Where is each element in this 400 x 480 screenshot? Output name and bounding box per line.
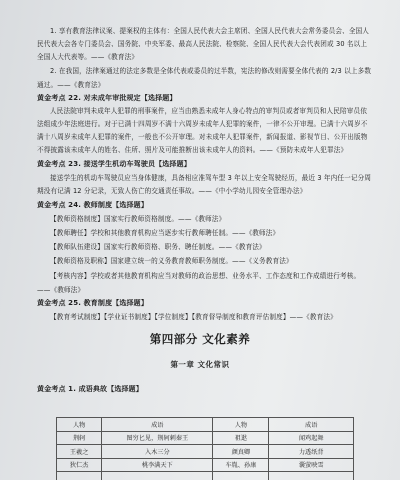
section-heading-1: 黄金考点 1. 成语典故【选择题】 [37, 385, 372, 394]
table-cell: 入木三分 [102, 445, 213, 459]
paragraph-line: 【考核内容】学校或者其他教育机构应当对教师的政治思想、业务水平、工作态度和工作成… [50, 272, 372, 281]
paragraph-line: 通过。——《教育法》 [37, 81, 372, 90]
table-cell: 狄仁杰 [57, 458, 102, 472]
table-cell: 车胤、孙康 [213, 458, 269, 472]
section-heading-22: 黄金考点 22. 对未成年审批规定【选择题】 [37, 94, 372, 103]
paragraph-line: 满十八周岁未成年人犯罪的案件，一般也不公开审理。对未成年人犯罪案件，新闻报道、影… [37, 133, 372, 142]
table-cell: 闻鸡起舞 [269, 431, 354, 445]
column-header: 成语 [102, 418, 213, 432]
paragraph-line: 【教师资格及职称】国家建立统一的义务教育教师职务制度。——《义务教育法》 [50, 257, 372, 266]
table-cell: 图穷匕见，荆轲刺秦王 [102, 431, 213, 445]
paragraph-line: 人民法院审判未成年人犯罪的刑事案件，应当由熟悉未成年人身心特点的审判员或者审判员… [50, 107, 372, 116]
paragraph-line: 2. 在我国，法律案通过的法定多数是全体代表或委员的过半数，宪法的修改则需要全体… [50, 67, 372, 76]
table-cell: 桃李满天下 [102, 458, 213, 472]
table-cell: 祖逖 [213, 431, 269, 445]
table-cell: 囊萤映雪 [269, 458, 354, 472]
section-heading-24: 黄金考点 24. 教师制度【选择题】 [37, 201, 372, 210]
table-row: 王羲之 入木三分 颜真卿 力透纸背 [57, 445, 354, 459]
paragraph-line: 接送学生的机动车驾驶员应当身体健康，具备相应准驾车型 3 年以上安全驾驶经历，最… [50, 174, 372, 183]
paragraph-line: 全国人大代表等。——《教育法》 [37, 53, 372, 62]
table-row: 狄仁杰 桃李满天下 车胤、孙康 囊萤映雪 [57, 458, 354, 472]
paragraph-line: 法组成少年法庭进行。对于已满十四周岁不满十六周岁未成年人犯罪的案件，一律不公开审… [37, 120, 372, 129]
paragraph-line: 【教师聘任】学校和其他教育机构应当逐步实行教师聘任制。——《教师法》 [50, 229, 372, 238]
section-heading-25: 黄金考点 25. 教育制度【选择题】 [37, 299, 372, 308]
paragraph-line: 【教育考试制度】【学业证书制度】【学位制度】【教育督导制度和教育评估制度】——《… [50, 313, 372, 322]
paragraph-line: 1. 享有教育法律议案、提案权的主体有：全国人民代表大会主席团、全国人民代表大会… [50, 27, 372, 36]
part-title: 第四部分 文化素养 [0, 331, 400, 347]
table-cell: 荆轲 [57, 431, 102, 445]
column-header: 人物 [213, 418, 269, 432]
paragraph-line: ——《教师法》 [37, 286, 372, 295]
table-header-row: 人物 成语 人物 成语 [57, 418, 354, 432]
paragraph-line: 民代表大会各专门委员会、国务院、中央军委、最高人民法院、检察院、全国人民代表大会… [37, 40, 372, 49]
column-header: 人物 [57, 418, 102, 432]
table-cell: 力透纸背 [269, 445, 354, 459]
chapter-title: 第一章 文化常识 [0, 359, 400, 370]
paragraph-line: 不得披露该未成年人的姓名、住所、照片及可能推断出该未成年人的资料。——《预防未成… [37, 146, 372, 155]
column-header: 成语 [269, 418, 354, 432]
table-row: 荆轲 图穷匕见，荆轲刺秦王 祖逖 闻鸡起舞 [57, 431, 354, 445]
paragraph-line: 期没有记满 12 分记录，无致人伤亡的交通责任事故。——《中小学幼儿园安全管理办… [37, 187, 372, 196]
paragraph-line: 【教师队伍建设】国家实行教师资格、职务、聘任制度。——《教育法》 [50, 243, 372, 252]
idiom-table: 人物 成语 人物 成语 荆轲 图穷匕见，荆轲刺秦王 祖逖 闻鸡起舞 王羲之 入木… [56, 417, 354, 480]
document-page: 1. 享有教育法律议案、提案权的主体有：全国人民代表大会主席团、全国人民代表大会… [0, 0, 400, 480]
table-cell: 王羲之 [57, 445, 102, 459]
paragraph-line: 【教师资格制度】国家实行教师资格制度。——《教师法》 [50, 215, 372, 224]
section-heading-23: 黄金考点 23. 接送学生机动车驾驶员【选择题】 [37, 160, 372, 169]
table-cell: 颜真卿 [213, 445, 269, 459]
table-row-partial [57, 472, 354, 480]
